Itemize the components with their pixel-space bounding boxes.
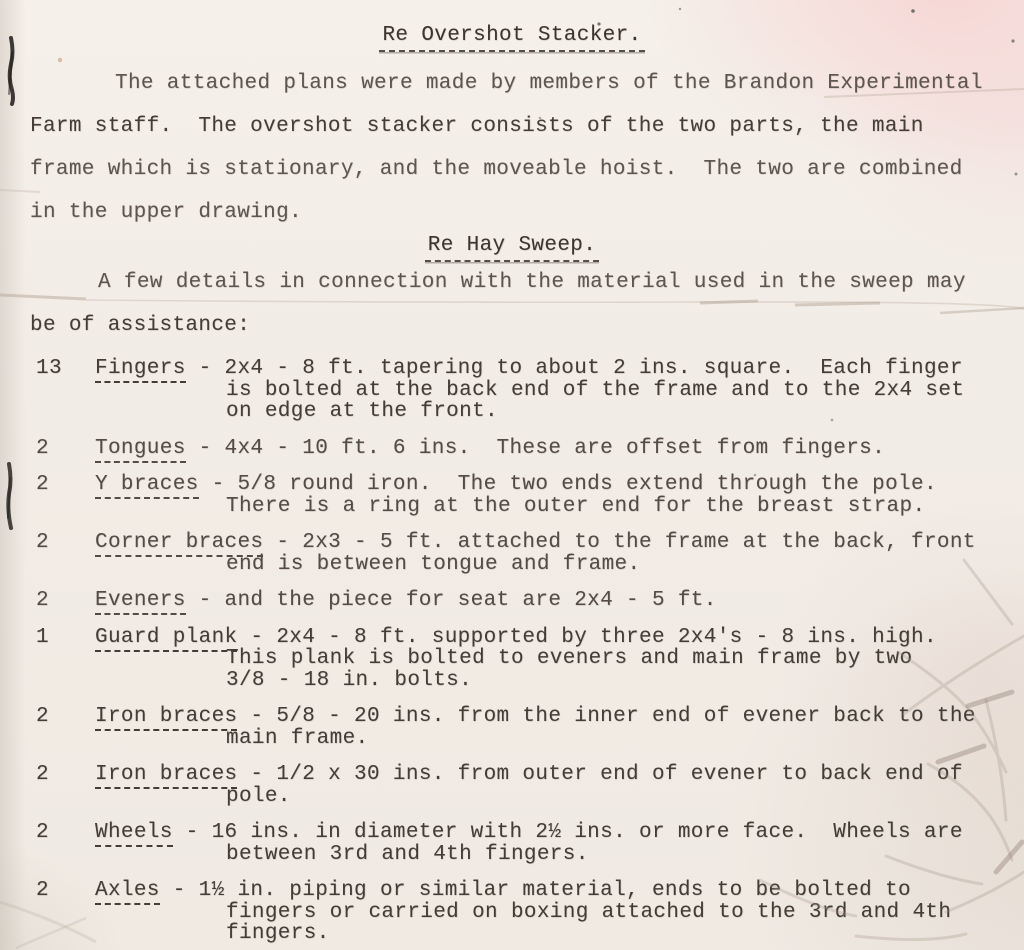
list-item: 13Fingers - 2x4 - 8 ft. tapering to abou… — [0, 358, 1024, 423]
item-quantity: 2 — [36, 880, 49, 902]
paragraph-overshot-stacker: The attached plans were made by members … — [0, 62, 1024, 234]
heading-row: Re Overshot Stacker. — [0, 24, 1024, 51]
item-quantity: 1 — [36, 627, 49, 649]
list-item: 2Corner braces - 2x3 - 5 ft. attached to… — [0, 532, 1024, 575]
list-item: 1Guard plank - 2x4 - 8 ft. supported by … — [0, 627, 1024, 692]
item-quantity: 2 — [36, 438, 49, 460]
paragraph-hay-sweep: A few details in connection with the mat… — [0, 261, 1024, 347]
item-quantity: 2 — [36, 532, 49, 554]
item-term: Y braces — [95, 473, 199, 499]
item-quantity: 13 — [36, 358, 62, 380]
document-page: Re Overshot Stacker. The attached plans … — [0, 0, 1024, 950]
section-heading-hay-sweep: Re Hay Sweep. — [425, 234, 599, 262]
item-term: Wheels — [95, 821, 173, 847]
item-term: Eveners — [95, 589, 186, 615]
list-item: 2Eveners - and the piece for seat are 2x… — [0, 590, 1024, 612]
item-quantity: 2 — [36, 590, 49, 612]
item-first-line: Tongues - 4x4 - 10 ft. 6 ins. These are … — [0, 438, 1024, 460]
paragraph-line: The attached plans were made by members … — [0, 62, 1024, 105]
item-first-line: Corner braces - 2x3 - 5 ft. attached to … — [0, 532, 1024, 554]
item-first-line: Iron braces - 1/2 x 30 ins. from outer e… — [0, 764, 1024, 786]
item-continuation-line: on edge at the front. — [0, 401, 1024, 423]
list-item: 2Y braces - 5/8 round iron. The two ends… — [0, 474, 1024, 517]
item-first-line: Y braces - 5/8 round iron. The two ends … — [0, 474, 1024, 496]
item-term: Fingers — [95, 357, 186, 383]
item-term: Iron braces — [95, 763, 237, 789]
document-text: Re Overshot Stacker. The attached plans … — [0, 24, 1024, 945]
item-first-line: Guard plank - 2x4 - 8 ft. supported by t… — [0, 627, 1024, 649]
item-quantity: 2 — [36, 764, 49, 786]
item-continuation-line: 3/8 - 18 in. bolts. — [0, 670, 1024, 692]
item-first-line: Iron braces - 5/8 - 20 ins. from the inn… — [0, 706, 1024, 728]
list-item: 2Iron braces - 1/2 x 30 ins. from outer … — [0, 764, 1024, 807]
paragraph-line: in the upper drawing. — [0, 191, 1024, 234]
item-description: - 2x4 - 8 ft. tapering to about 2 ins. s… — [186, 357, 963, 380]
list-item: 2Tongues - 4x4 - 10 ft. 6 ins. These are… — [0, 438, 1024, 460]
item-description: - 16 ins. in diameter with 2½ ins. or mo… — [173, 821, 963, 844]
item-term: Axles — [95, 879, 160, 905]
item-term: Guard plank — [95, 626, 237, 652]
item-first-line: Axles - 1½ in. piping or similar materia… — [0, 880, 1024, 902]
item-quantity: 2 — [36, 706, 49, 728]
item-description: - 1/2 x 30 ins. from outer end of evener… — [237, 763, 962, 786]
paragraph-line: A few details in connection with the mat… — [0, 261, 1024, 304]
item-description: - 2x4 - 8 ft. supported by three 2x4's -… — [237, 626, 936, 649]
paragraph-line: be of assistance: — [0, 304, 1024, 347]
item-first-line: Fingers - 2x4 - 8 ft. tapering to about … — [0, 358, 1024, 380]
item-description: - and the piece for seat are 2x4 - 5 ft. — [186, 589, 717, 612]
item-description: - 1½ in. piping or similar material, end… — [160, 879, 911, 902]
item-term: Tongues — [95, 437, 186, 463]
item-quantity: 2 — [36, 474, 49, 496]
materials-list: 13Fingers - 2x4 - 8 ft. tapering to abou… — [0, 358, 1024, 945]
paragraph-line: Farm staff. The overshot stacker consist… — [0, 105, 1024, 148]
list-item: 2Iron braces - 5/8 - 20 ins. from the in… — [0, 706, 1024, 749]
section-heading-overshot-stacker: Re Overshot Stacker. — [379, 24, 644, 52]
item-description: - 5/8 round iron. The two ends extend th… — [199, 473, 937, 496]
item-continuation-line: fingers. — [0, 923, 1024, 945]
list-item: 2Axles - 1½ in. piping or similar materi… — [0, 880, 1024, 945]
item-description: - 2x3 - 5 ft. attached to the frame at t… — [263, 531, 975, 554]
item-first-line: Eveners - and the piece for seat are 2x4… — [0, 590, 1024, 612]
item-description: - 5/8 - 20 ins. from the inner end of ev… — [237, 705, 975, 728]
item-description: - 4x4 - 10 ft. 6 ins. These are offset f… — [186, 437, 885, 460]
list-item: 2Wheels - 16 ins. in diameter with 2½ in… — [0, 822, 1024, 865]
item-first-line: Wheels - 16 ins. in diameter with 2½ ins… — [0, 822, 1024, 844]
item-term: Iron braces — [95, 705, 237, 731]
heading-row: Re Hay Sweep. — [0, 234, 1024, 261]
item-quantity: 2 — [36, 822, 49, 844]
paragraph-line: frame which is stationary, and the movea… — [0, 148, 1024, 191]
